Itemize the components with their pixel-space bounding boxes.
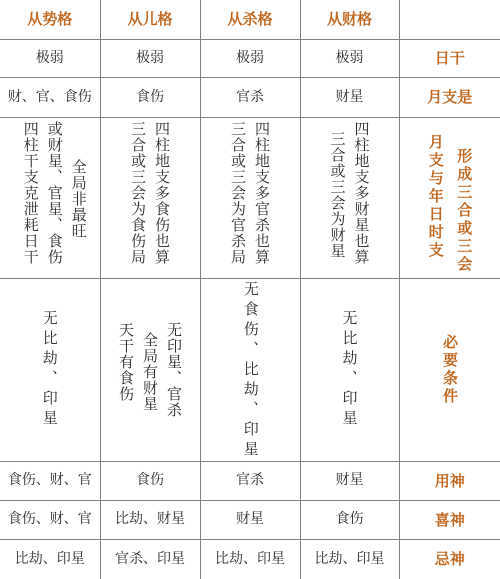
vertical-text-col: 形成三合或三会: [450, 134, 479, 274]
row-label-unfavorable-god: 忌神: [399, 539, 500, 557]
vertical-text-col: 三合或三会为食伤局: [126, 121, 150, 265]
vertical-text-group: 三合或三会为财星 四柱地支多财星也算: [301, 121, 399, 265]
vertical-text-group: 无食伤、比劫、印星: [201, 281, 300, 461]
cell: 官杀: [200, 77, 300, 117]
vertical-text-col: 三合或三会为财星: [326, 121, 350, 259]
cell: 比劫、印星: [0, 539, 100, 557]
vertical-text-col: 无食伤、比劫、印星: [240, 281, 260, 461]
cell: 极弱: [200, 39, 300, 77]
row-label-useful-god: 用神: [399, 461, 500, 500]
cell: 极弱: [100, 39, 200, 77]
cell: 财星: [200, 500, 300, 539]
cell: 三合或三会为财星 四柱地支多财星也算: [300, 117, 399, 278]
vertical-text-col: 四柱干支克泄耗日干: [19, 121, 43, 265]
header-row: 从势格 从儿格 从杀格 从财格: [0, 0, 500, 39]
vertical-text-col: 四柱地支多食伤也算: [150, 121, 174, 265]
cell: 极弱: [0, 39, 100, 77]
cell: 无食伤、比劫、印星: [200, 278, 300, 461]
vertical-text-col: 天干有食伤: [114, 322, 138, 402]
header-empty: [399, 0, 500, 39]
cell: 三合或三会为食伤局 四柱地支多食伤也算: [100, 117, 200, 278]
vertical-text-group: 无比劫、印星: [301, 310, 399, 430]
header-cong-cai-ge: 从财格: [300, 0, 399, 39]
vertical-text-group: 天干有食伤 全局有财星 无印星、官杀: [101, 322, 200, 418]
row-label-day-master: 日干: [399, 39, 500, 77]
row-combination: 四柱干支克泄耗日干 或财星、官星、食伤 全局非最旺 三合或三会为食伤局 四柱地支…: [0, 117, 500, 278]
vertical-text-col: 或财星、官星、食伤: [43, 121, 67, 265]
row-month-branch: 财、官、食伤 食伤 官杀 财星 月支是: [0, 77, 500, 117]
cell: 食伤、财、官: [0, 461, 100, 500]
cell: 食伤: [100, 461, 200, 500]
row-favorable-god: 食伤、财、官 比劫、财星 财星 食伤 喜神: [0, 500, 500, 539]
vertical-text-col: 月支与年日时支: [421, 134, 450, 260]
vertical-text-group: 三合或三会为官杀局 四柱地支多官杀也算: [201, 121, 300, 265]
cell: 官杀、印星: [100, 539, 200, 557]
cell: 比劫、印星: [200, 539, 300, 557]
row-useful-god: 食伤、财、官 食伤 官杀 财星 用神: [0, 461, 500, 500]
header-cong-sha-ge: 从杀格: [200, 0, 300, 39]
cell: 财星: [300, 461, 399, 500]
cell: 四柱干支克泄耗日干 或财星、官星、食伤 全局非最旺: [0, 117, 100, 278]
vertical-text-group: 三合或三会为食伤局 四柱地支多食伤也算: [101, 121, 200, 265]
header-cong-shi-ge: 从势格: [0, 0, 100, 39]
cell: 无比劫、印星: [0, 278, 100, 461]
cell: 食伤、财、官: [0, 500, 100, 539]
row-label-requirement: 必要条件: [399, 278, 500, 461]
cell: 无比劫、印星: [300, 278, 399, 461]
cell: 财星: [300, 77, 399, 117]
cell: 食伤: [300, 500, 399, 539]
header-cong-er-ge: 从儿格: [100, 0, 200, 39]
vertical-text-col: 全局非最旺: [67, 121, 91, 239]
vertical-text-col: 必要条件: [436, 334, 465, 406]
row-day-master: 极弱 极弱 极弱 极弱 日干: [0, 39, 500, 77]
cell: 比劫、财星: [100, 500, 200, 539]
vertical-text-col: 全局有财星: [138, 322, 162, 412]
row-label-month-branch: 月支是: [399, 77, 500, 117]
vertical-text-col: 四柱地支多财星也算: [350, 121, 374, 265]
cell: 三合或三会为官杀局 四柱地支多官杀也算: [200, 117, 300, 278]
vertical-text-col: 三合或三会为官杀局: [226, 121, 250, 265]
row-requirement: 无比劫、印星 天干有食伤 全局有财星 无印星、官杀 无食伤、比劫、印星 无比劫、…: [0, 278, 500, 461]
row-unfavorable-god: 比劫、印星 官杀、印星 比劫、印星 比劫、印星 忌神: [0, 539, 500, 557]
vertical-text-col: 四柱地支多官杀也算: [250, 121, 274, 265]
cell: 财、官、食伤: [0, 77, 100, 117]
row-label-combination: 月支与年日时支 形成三合或三会: [399, 117, 500, 278]
vertical-text-group: 必要条件: [400, 334, 500, 406]
cell: 比劫、印星: [300, 539, 399, 557]
vertical-text-col: 无比劫、印星: [338, 310, 362, 430]
cell: 极弱: [300, 39, 399, 77]
vertical-text-group: 四柱干支克泄耗日干 或财星、官星、食伤 全局非最旺: [0, 121, 100, 265]
cell: 官杀: [200, 461, 300, 500]
vertical-text-col: 无印星、官杀: [162, 322, 186, 418]
cell: 天干有食伤 全局有财星 无印星、官杀: [100, 278, 200, 461]
vertical-text-group: 无比劫、印星: [0, 310, 100, 430]
cell: 食伤: [100, 77, 200, 117]
vertical-text-col: 无比劫、印星: [38, 310, 62, 430]
vertical-text-group: 月支与年日时支 形成三合或三会: [400, 134, 500, 274]
bazi-pattern-table: 从势格 从儿格 从杀格 从财格 极弱 极弱 极弱 极弱 日干 财、官、食伤 食伤…: [0, 0, 500, 557]
row-label-favorable-god: 喜神: [399, 500, 500, 539]
